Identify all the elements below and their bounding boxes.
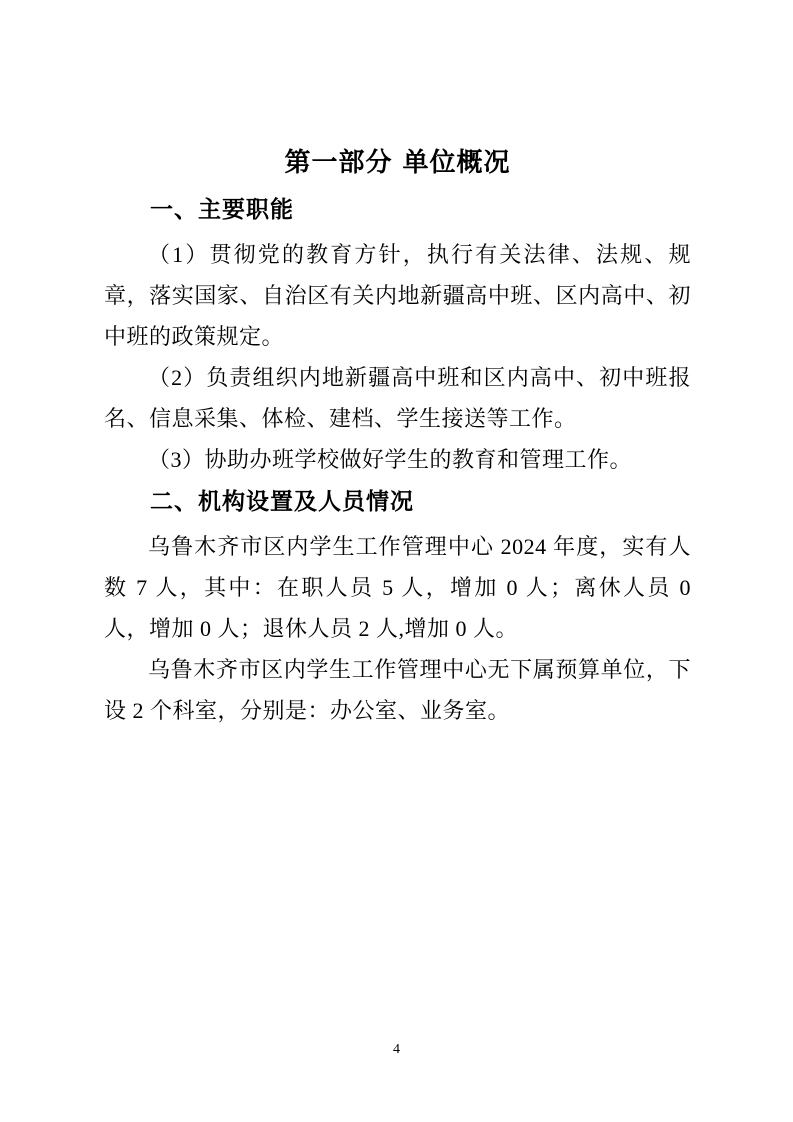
section-heading-main-functions: 一、主要职能 (104, 194, 691, 226)
paragraph-personnel: 乌鲁木齐市区内学生工作管理中心 2024 年度，实有人数 7 人，其中：在职人员… (104, 526, 691, 649)
section-heading-organization-personnel: 二、机构设置及人员情况 (104, 486, 691, 518)
paragraph-function-3: （3）协助办班学校做好学生的教育和管理工作。 (104, 439, 691, 480)
page-number: 4 (0, 1042, 793, 1058)
document-content: 第一部分 单位概况 一、主要职能 （1）贯彻党的教育方针，执行有关法律、法规、规… (0, 0, 793, 731)
page-title: 第一部分 单位概况 (104, 146, 691, 180)
paragraph-function-1: （1）贯彻党的教育方针，执行有关法律、法规、规章，落实国家、自治区有关内地新疆高… (104, 234, 691, 357)
paragraph-function-2: （2）负责组织内地新疆高中班和区内高中、初中班报名、信息采集、体检、建档、学生接… (104, 357, 691, 439)
document-page: 第一部分 单位概况 一、主要职能 （1）贯彻党的教育方针，执行有关法律、法规、规… (0, 0, 793, 1122)
paragraph-departments: 乌鲁木齐市区内学生工作管理中心无下属预算单位，下设 2 个科室，分别是：办公室、… (104, 649, 691, 731)
